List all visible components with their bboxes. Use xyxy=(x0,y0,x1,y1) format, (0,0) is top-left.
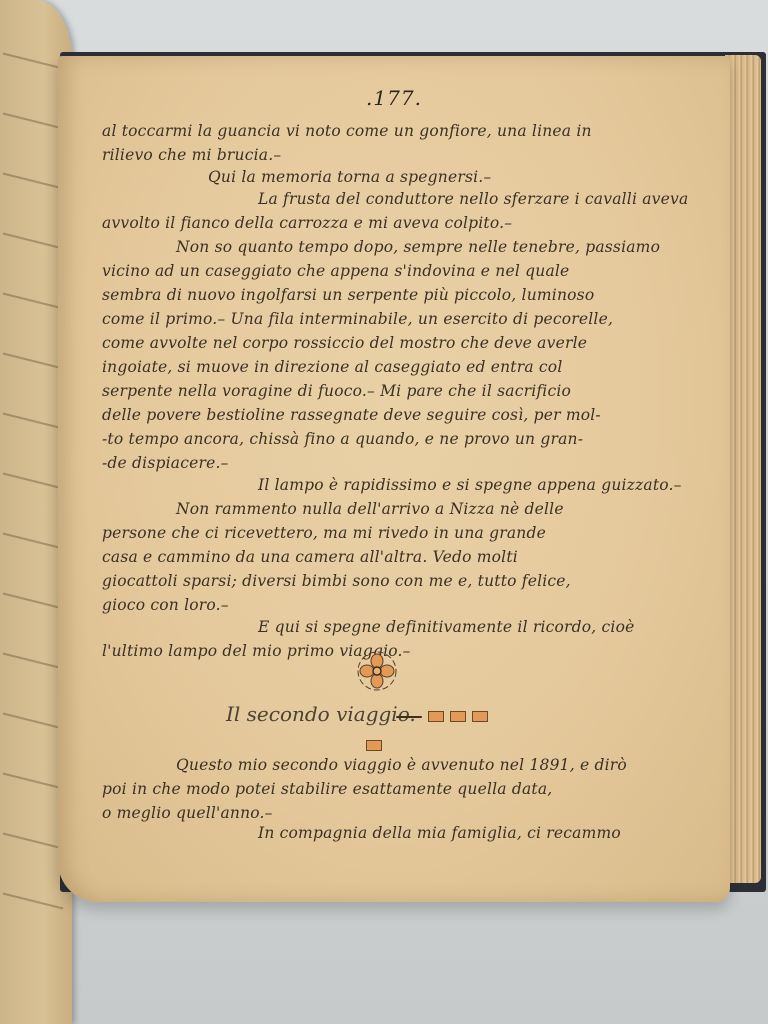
text-line: delle povere bestioline rassegnate deve … xyxy=(102,406,702,424)
manuscript-page: .177. al toccarmi la guancia vi noto com… xyxy=(58,56,730,902)
decorative-square xyxy=(366,740,382,751)
title-dash xyxy=(396,716,422,718)
text-line: giocattoli sparsi; diversi bimbi sono co… xyxy=(102,572,702,590)
text-line: come avvolte nel corpo rossiccio del mos… xyxy=(102,334,702,352)
decorative-square xyxy=(450,711,466,722)
text-line: Qui la memoria torna a spegnersi.– xyxy=(208,168,768,186)
text-line: rilievo che mi brucia.– xyxy=(102,146,702,164)
section-title: Il secondo viaggio. xyxy=(226,702,416,726)
page-number: .177. xyxy=(58,86,730,110)
text-line: casa e cammino da una camera all'altra. … xyxy=(102,548,702,566)
text-line: In compagnia della mia famiglia, ci reca… xyxy=(258,824,768,842)
flower-ornament-icon xyxy=(356,650,398,692)
text-line: al toccarmi la guancia vi noto come un g… xyxy=(102,122,702,140)
text-line: vicino ad un caseggiato che appena s'ind… xyxy=(102,262,702,280)
decorative-square xyxy=(428,711,444,722)
text-line: sembra di nuovo ingolfarsi un serpente p… xyxy=(102,286,702,304)
text-line: Il lampo è rapidissimo e si spegne appen… xyxy=(258,476,768,494)
text-line: Questo mio secondo viaggio è avvenuto ne… xyxy=(176,756,768,774)
text-line: avvolto il fianco della carrozza e mi av… xyxy=(102,214,702,232)
text-line: Non rammento nulla dell'arrivo a Nizza n… xyxy=(176,500,768,518)
text-line: come il primo.– Una fila interminabile, … xyxy=(102,310,702,328)
text-line: La frusta del conduttore nello sferzare … xyxy=(258,190,768,208)
text-line: -to tempo ancora, chissà fino a quando, … xyxy=(102,430,702,448)
text-line: persone che ci ricevettero, ma mi rivedo… xyxy=(102,524,702,542)
text-line: l'ultimo lampo del mio primo viaggio.– xyxy=(102,642,702,660)
text-line: -de dispiacere.– xyxy=(102,454,702,472)
text-line: serpente nella voragine di fuoco.– Mi pa… xyxy=(102,382,702,400)
text-line: gioco con loro.– xyxy=(102,596,702,614)
text-line: Non so quanto tempo dopo, sempre nelle t… xyxy=(176,238,768,256)
text-line: o meglio quell'anno.– xyxy=(102,804,702,822)
text-line: poi in che modo potei stabilire esattame… xyxy=(102,780,702,798)
text-line: ingoiate, si muove in direzione al caseg… xyxy=(102,358,702,376)
decorative-square xyxy=(472,711,488,722)
text-line: E qui si spegne definitivamente il ricor… xyxy=(258,618,768,636)
